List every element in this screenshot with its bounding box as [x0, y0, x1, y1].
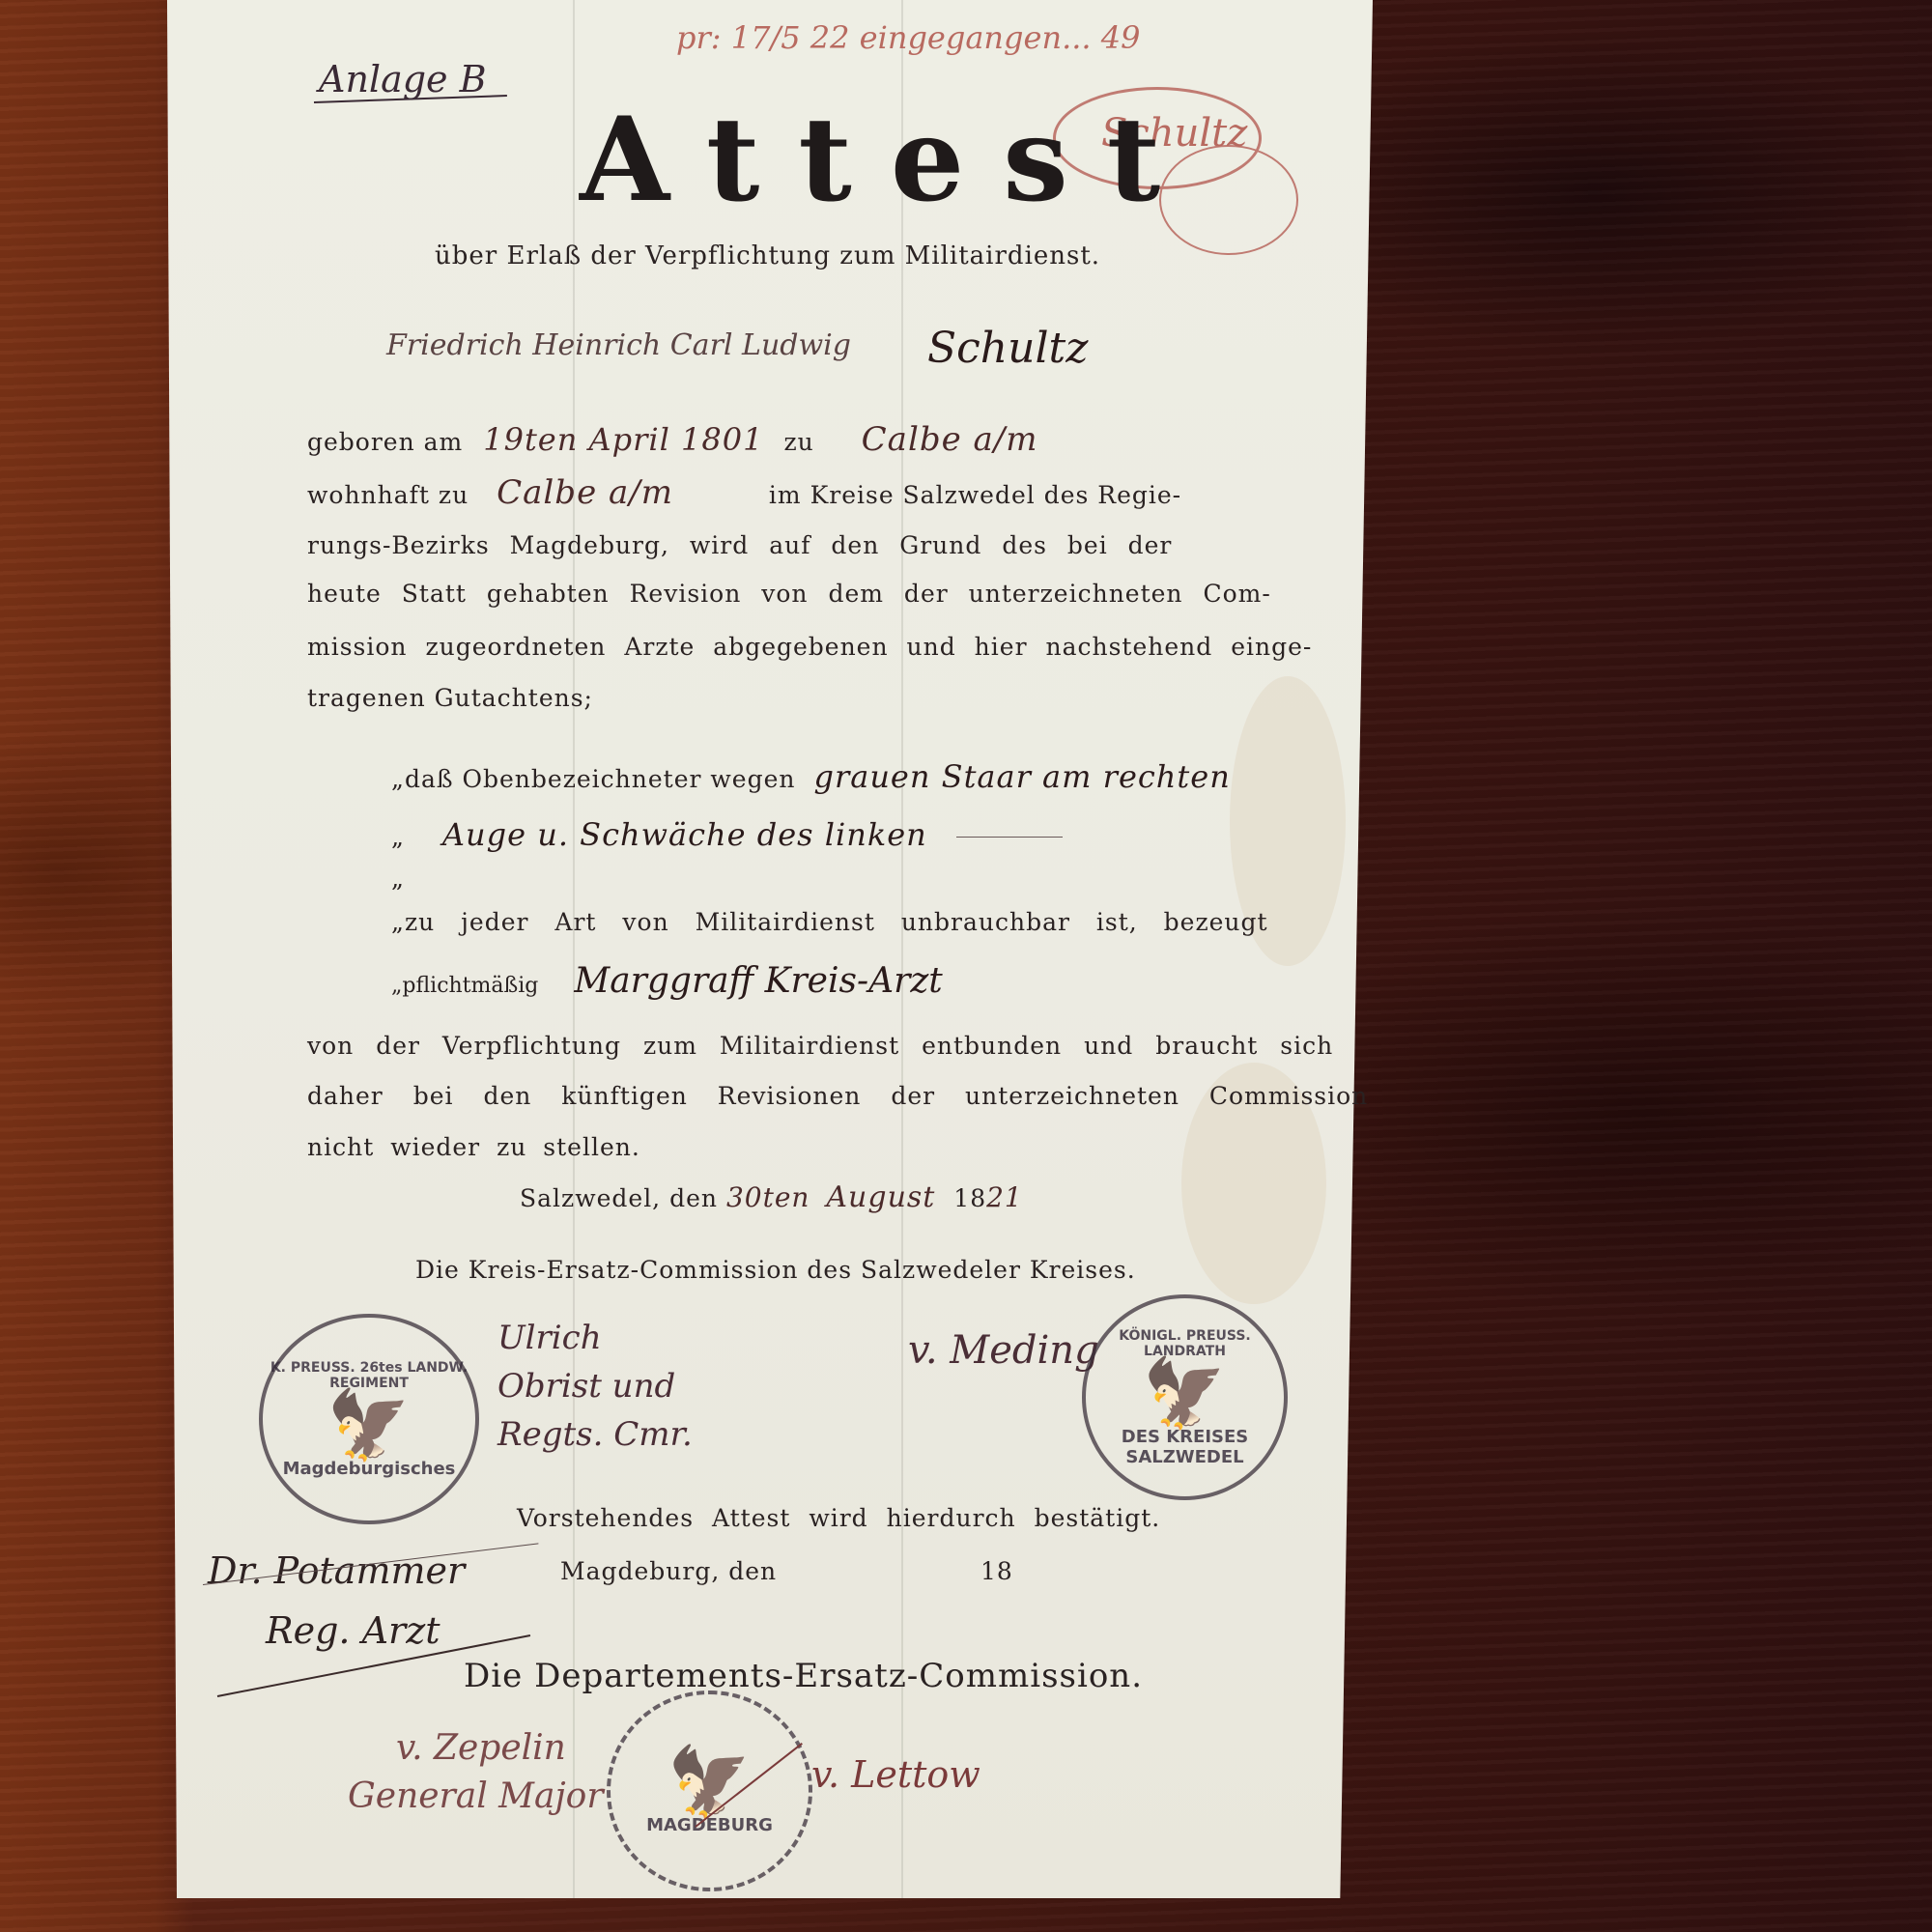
opinion-line-3: „ [391, 865, 405, 893]
eagle-icon: 🦅 [1143, 1359, 1227, 1427]
date-place: Salzwedel, den [520, 1184, 718, 1212]
magdeburg-year: 18 [980, 1557, 1013, 1585]
residence-district: im Kreise Salzwedel des Regie- [769, 481, 1181, 509]
date-line: Salzwedel, den 30ten August 1821 [520, 1180, 1023, 1214]
date-year: 21 [986, 1181, 1023, 1213]
label-dutiful: „pflichtmäßig [391, 974, 538, 998]
birth-date: 19ten April 1801 [483, 421, 763, 458]
magdeburg-place: Magdeburg, den [560, 1557, 777, 1585]
stamp-landwehr-regiment: K. PREUSS. 26tes LANDW. REGIMENT 🦅 Magde… [259, 1314, 479, 1524]
eagle-icon: 🦅 [327, 1391, 411, 1459]
label-zu: zu [783, 428, 813, 456]
label-born: geboren am [307, 428, 463, 456]
paper-fold-line [573, 0, 575, 1898]
opinion-line-5: „pflichtmäßig Marggraff Kreis-Arzt [391, 961, 943, 1001]
opinion-line-2: „ Auge u. Schwäche des linken [391, 816, 927, 853]
closing-line-1: von der Verpflichtung zum Militairdienst… [307, 1032, 1333, 1060]
margin-signature: Dr. Potammer Reg. Arzt [208, 1541, 465, 1661]
closing-line-2: daher bei den künftigen Revisionen der u… [307, 1082, 1368, 1110]
signature-lettow: v. Lettow [811, 1753, 980, 1796]
body-line-5: mission zugeordneten Arzte abgegebenen u… [307, 633, 1312, 661]
signature-name: v. Zepelin [348, 1724, 604, 1773]
opinion-line-1: „daß Obenbezeichneter wegen grauen Staar… [391, 758, 1231, 795]
margin-signature-title: Reg. Arzt [208, 1601, 465, 1661]
date-day: 30ten [726, 1181, 810, 1213]
confirmation-text: Vorstehendes Attest wird hierdurch bestä… [517, 1504, 1160, 1532]
body-line-residence: wohnhaft zu Calbe a/m im Kreise Salzwede… [307, 473, 1177, 512]
margin-signature-name: Dr. Potammer [208, 1541, 465, 1601]
kreis-commission-heading: Die Kreis-Ersatz-Commission des Salzwede… [415, 1256, 1136, 1284]
surname: Schultz [927, 324, 1088, 373]
closing-line-3: nicht wieder zu stellen. [307, 1133, 640, 1161]
residence-place: Calbe a/m [497, 473, 673, 512]
diagnosis-part-1: grauen Staar am rechten [813, 758, 1230, 795]
eagle-icon: 🦅 [668, 1747, 752, 1815]
date-month: August [826, 1180, 935, 1214]
given-names: Friedrich Heinrich Carl Ludwig [386, 328, 851, 362]
label-residence: wohnhaft zu [307, 481, 469, 509]
stamp-department: 🦅 MAGDEBURG [607, 1690, 812, 1891]
department-commission-heading: Die Departements-Ersatz-Commission. [464, 1657, 1143, 1695]
opinion-printed: „daß Obenbezeichneter wegen [391, 765, 796, 793]
paper-fold-line [901, 0, 903, 1898]
body-line-6: tragenen Gutachtens; [307, 684, 593, 712]
signature-zepelin: v. Zepelin General Major [348, 1724, 604, 1821]
opinion-line-4: „zu jeder Art von Militairdienst unbrauc… [391, 908, 1268, 936]
signature-rank: General Major [348, 1773, 604, 1821]
body-line-3: rungs-Bezirks Magdeburg, wird auf den Gr… [307, 531, 1172, 559]
quote-mark: „ [391, 823, 405, 851]
diagnosis-part-2: Auge u. Schwäche des linken [442, 816, 927, 853]
signature-ulrich: Ulrich Obrist und Regts. Cmr. [497, 1314, 693, 1459]
stamp-inner-text: MAGDEBURG [646, 1815, 773, 1835]
document-subtitle: über Erlaß der Verpflichtung zum Militai… [435, 241, 1100, 270]
annotation-red-note: pr: 17/5 22 eingegangen... 49 [676, 19, 1140, 56]
physician-signature: Marggraff Kreis-Arzt [574, 961, 942, 1001]
body-line-born: geboren am 19ten April 1801 zu Calbe a/m [307, 420, 1038, 459]
stamp-inner-text: Magdeburgisches [283, 1459, 456, 1479]
birth-place: Calbe a/m [862, 420, 1038, 459]
stamp-inner-text: DES KREISES SALZWEDEL [1086, 1427, 1284, 1467]
signature-rank: Obrist und [497, 1362, 693, 1410]
body-line-4: heute Statt gehabten Revision von dem de… [307, 580, 1271, 608]
signature-name: Ulrich [497, 1314, 693, 1362]
stamp-landrath: KÖNIGL. PREUSS. LANDRATH 🦅 DES KREISES S… [1082, 1294, 1288, 1500]
annotation-anlage: Anlage B [319, 58, 487, 100]
fill-line [956, 837, 1063, 838]
signature-role: Regts. Cmr. [497, 1410, 693, 1459]
document-title: Attest [580, 92, 1199, 228]
signature-meding: v. Meding [908, 1328, 1099, 1373]
date-year-prefix: 18 [953, 1184, 986, 1212]
